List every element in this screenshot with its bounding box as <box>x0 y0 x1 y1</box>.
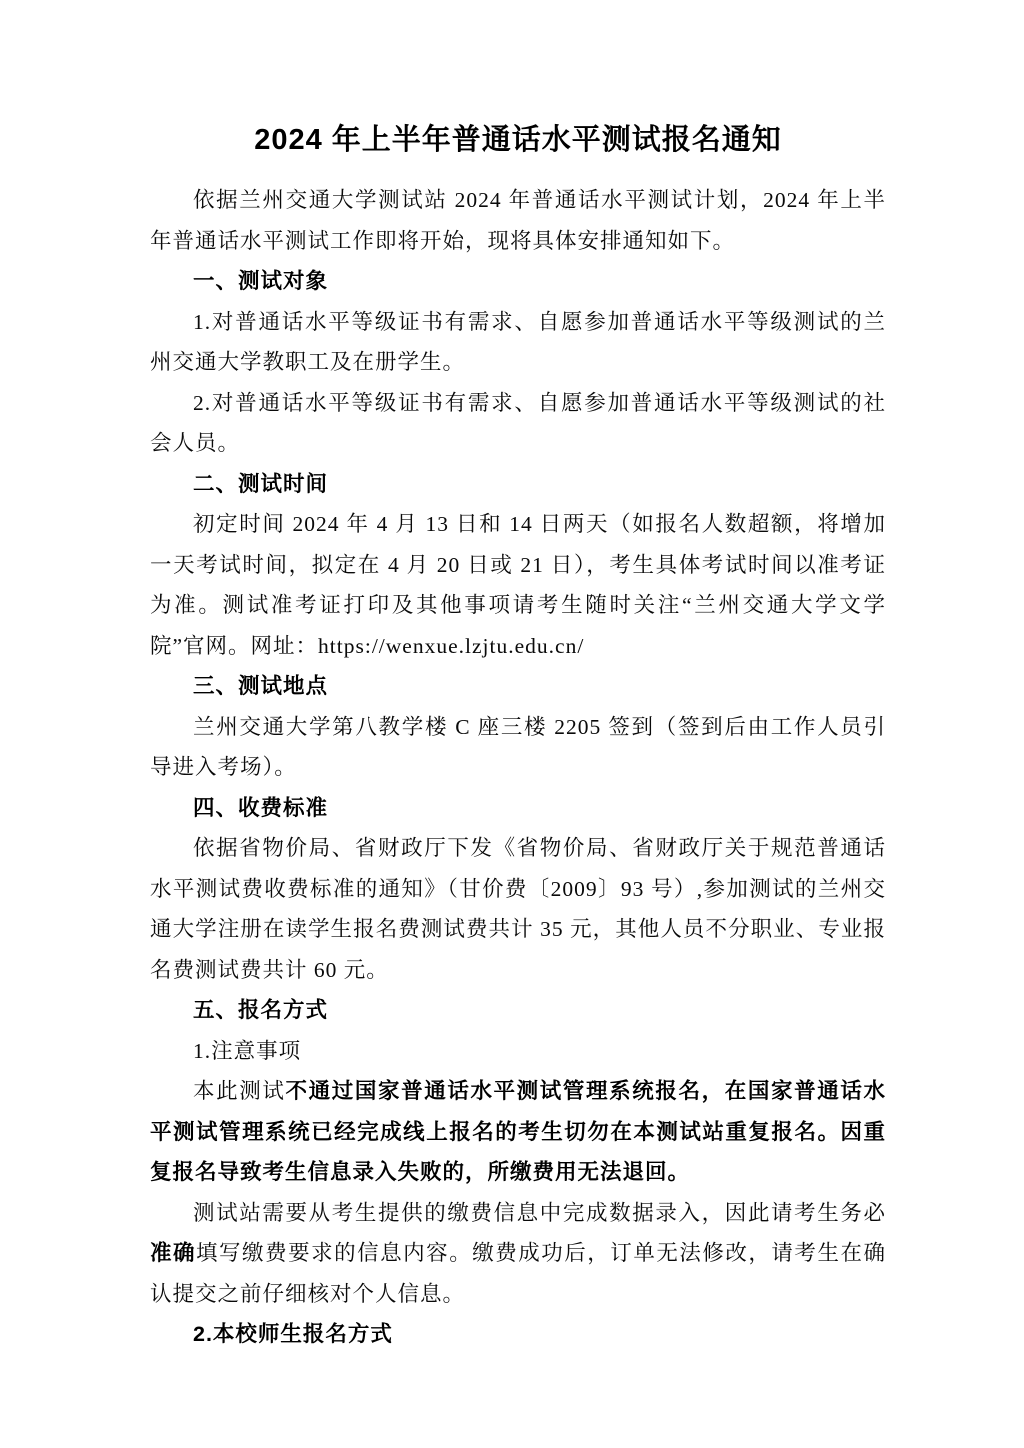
document-content: 2024 年上半年普通话水平测试报名通知 依据兰州交通大学测试站 2024 年普… <box>150 118 886 1355</box>
paragraph: 测试站需要从考生提供的缴费信息中完成数据录入，因此请考生务必准确填写缴费要求的信… <box>150 1193 886 1315</box>
text-run: 依据省物价局、省财政厅下发《省物价局、省财政厅关于规范普通话水平测试费收费标准的… <box>150 836 886 982</box>
paragraph: 兰州交通大学第八教学楼 C 座三楼 2205 签到（签到后由工作人员引导进入考场… <box>150 707 886 788</box>
text-run: 本此测试 <box>193 1079 285 1103</box>
bold-text-run: 准确 <box>150 1241 196 1265</box>
document-title: 2024 年上半年普通话水平测试报名通知 <box>150 118 886 162</box>
paragraph: 本此测试不通过国家普通话水平测试管理系统报名，在国家普通话水平测试管理系统已经完… <box>150 1071 886 1193</box>
text-run: 依据兰州交通大学测试站 2024 年普通话水平测试计划，2024 年上半年普通话… <box>150 188 886 253</box>
document-body: 依据兰州交通大学测试站 2024 年普通话水平测试计划，2024 年上半年普通话… <box>150 180 886 1355</box>
paragraph: 1.对普通话水平等级证书有需求、自愿参加普通话水平等级测试的兰州交通大学教职工及… <box>150 302 886 383</box>
text-run: 兰州交通大学第八教学楼 C 座三楼 2205 签到（签到后由工作人员引导进入考场… <box>150 715 886 780</box>
paragraph: 1.注意事项 <box>150 1031 886 1072</box>
bold-text-run: 四、收费标准 <box>193 796 328 820</box>
text-run: 2.对普通话水平等级证书有需求、自愿参加普通话水平等级测试的社会人员。 <box>150 391 886 456</box>
bold-text-run: 五、报名方式 <box>193 998 328 1022</box>
section-heading: 五、报名方式 <box>150 990 886 1031</box>
section-heading: 三、测试地点 <box>150 666 886 707</box>
document-page: 2024 年上半年普通话水平测试报名通知 依据兰州交通大学测试站 2024 年普… <box>0 0 1024 1448</box>
section-heading: 四、收费标准 <box>150 788 886 829</box>
section-heading: 2.本校师生报名方式 <box>150 1314 886 1355</box>
bold-text-run: 一、测试对象 <box>193 269 328 293</box>
section-heading: 二、测试时间 <box>150 464 886 505</box>
paragraph: 依据兰州交通大学测试站 2024 年普通话水平测试计划，2024 年上半年普通话… <box>150 180 886 261</box>
paragraph: 初定时间 2024 年 4 月 13 日和 14 日两天（如报名人数超额，将增加… <box>150 504 886 666</box>
text-run: 测试站需要从考生提供的缴费信息中完成数据录入，因此请考生务必 <box>193 1201 886 1225</box>
paragraph: 2.对普通话水平等级证书有需求、自愿参加普通话水平等级测试的社会人员。 <box>150 383 886 464</box>
bold-text-run: 二、测试时间 <box>193 472 328 496</box>
section-heading: 一、测试对象 <box>150 261 886 302</box>
text-run: 填写缴费要求的信息内容。缴费成功后，订单无法修改，请考生在确认提交之前仔细核对个… <box>150 1241 886 1306</box>
bold-text-run: 三、测试地点 <box>193 674 328 698</box>
bold-text-run: 2.本校师生报名方式 <box>193 1322 393 1346</box>
text-run: 1.对普通话水平等级证书有需求、自愿参加普通话水平等级测试的兰州交通大学教职工及… <box>150 310 886 375</box>
text-run: 初定时间 2024 年 4 月 13 日和 14 日两天（如报名人数超额，将增加… <box>150 512 886 658</box>
paragraph: 依据省物价局、省财政厅下发《省物价局、省财政厅关于规范普通话水平测试费收费标准的… <box>150 828 886 990</box>
text-run: 1.注意事项 <box>193 1039 301 1063</box>
